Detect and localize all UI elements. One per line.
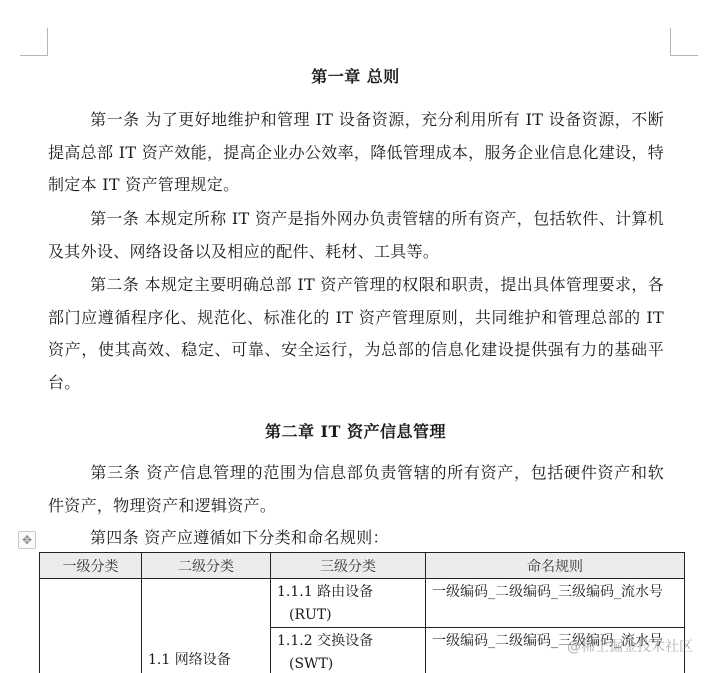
header-level2: 二级分类 <box>142 553 271 579</box>
article-label: 第二条 <box>90 275 139 294</box>
article-text: 资产应遵循如下分类和命名规则： <box>144 528 389 547</box>
table-move-handle[interactable]: ✥ <box>18 531 36 549</box>
level3-code: 1.1.1 路由设备 <box>277 581 419 604</box>
article-label: 第四条 <box>90 528 139 547</box>
article-text: 资产信息管理的范围为信息部负责管辖的所有资产，包括硬件资产和软件资产，物理资产和… <box>48 463 664 515</box>
article-text: 为了更好地维护和管理 IT 设备资源，充分利用所有 IT 设备资源，不断提高总部… <box>48 110 664 194</box>
level3-abbr: (RUT) <box>277 604 419 627</box>
article-1: 第一条 为了更好地维护和管理 IT 设备资源，充分利用所有 IT 设备资源，不断… <box>48 104 664 202</box>
header-level3: 三级分类 <box>271 553 426 579</box>
article-text: 本规定所称 IT 资产是指外网办负责管辖的所有资产，包括软件、计算机及其外设、网… <box>48 209 664 261</box>
article-4: 第四条 资产应遵循如下分类和命名规则： <box>48 522 664 555</box>
article-label: 第一条 <box>90 209 139 228</box>
table-header-row: 一级分类 二级分类 三级分类 命名规则 <box>40 553 685 579</box>
article-2: 第二条 本规定主要明确总部 IT 资产管理的权限和职责，提出具体管理要求，各部门… <box>48 269 664 399</box>
chapter-2-title: 第二章 IT 资产信息管理 <box>0 419 711 442</box>
article-1b: 第一条 本规定所称 IT 资产是指外网办负责管辖的所有资产，包括软件、计算机及其… <box>48 203 664 268</box>
cell-level3: 1.1.2 交换设备 (SWT) <box>271 628 426 673</box>
level3-abbr: (SWT) <box>277 653 419 673</box>
cell-level2: 1.1 网络设备 <box>142 579 271 673</box>
cell-naming-rule: 一级编码_二级编码_三级编码_流水号 <box>426 579 685 628</box>
article-label: 第一条 <box>90 110 140 129</box>
chapter-1-title: 第一章 总则 <box>0 64 711 87</box>
move-icon: ✥ <box>22 533 32 547</box>
level3-code: 1.1.2 交换设备 <box>277 630 419 653</box>
header-naming-rule: 命名规则 <box>426 553 685 579</box>
header-level1: 一级分类 <box>40 553 142 579</box>
watermark: @稀土掘金技术社区 <box>567 636 693 656</box>
table-row: 1.1 网络设备 1.1.1 路由设备 (RUT) 一级编码_二级编码_三级编码… <box>40 579 685 628</box>
article-3: 第三条 资产信息管理的范围为信息部负责管辖的所有资产，包括硬件资产和软件资产，物… <box>48 457 664 522</box>
article-label: 第三条 <box>90 463 141 482</box>
cell-level3: 1.1.1 路由设备 (RUT) <box>271 579 426 628</box>
article-text: 本规定主要明确总部 IT 资产管理的权限和职责，提出具体管理要求，各部门应遵循程… <box>48 275 664 392</box>
cell-level1 <box>40 579 142 673</box>
